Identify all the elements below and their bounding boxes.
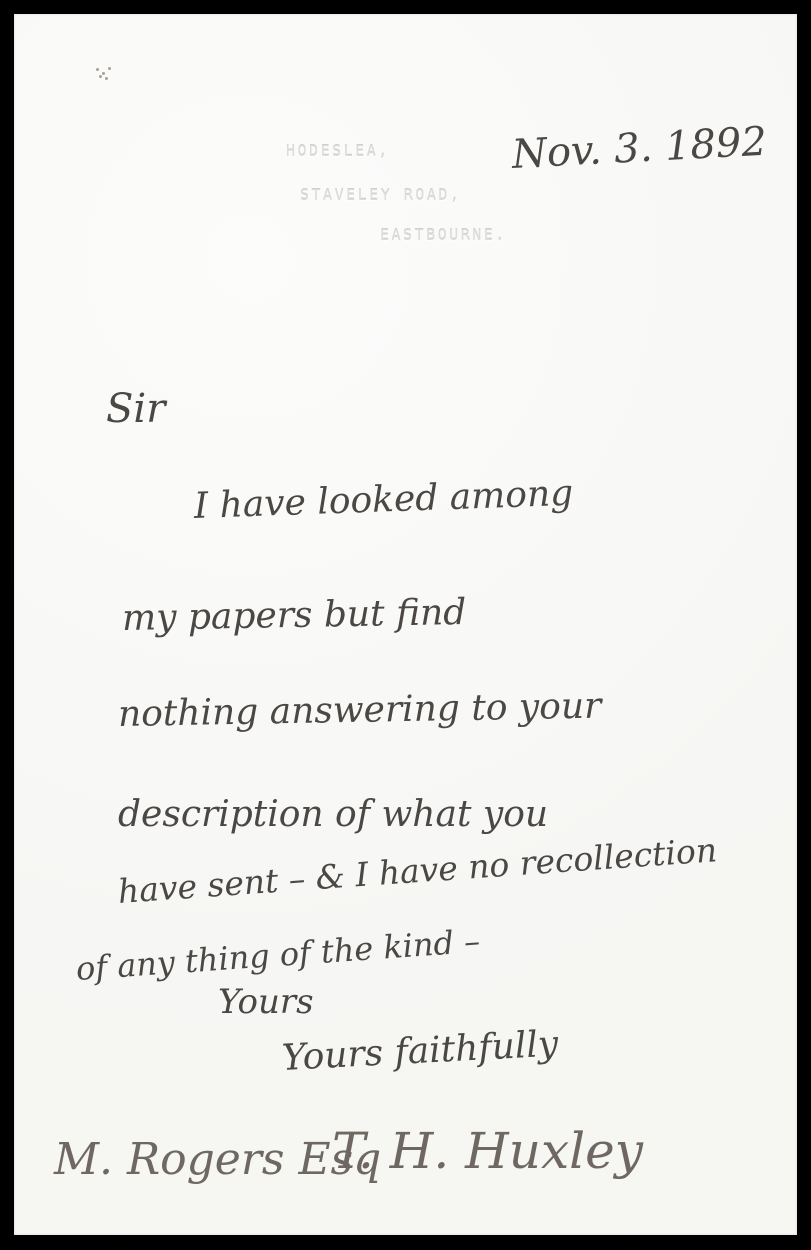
salutation: Sir	[106, 386, 165, 432]
signature: T. H. Huxley	[332, 1122, 643, 1180]
body-line: description of what you	[118, 794, 548, 835]
closing-line: Yours	[218, 982, 314, 1022]
body-line: nothing answering to your	[118, 686, 602, 735]
letterhead-line-3: EASTBOURNE.	[380, 226, 507, 244]
letterhead-line-1: HODESLEA,	[286, 142, 390, 160]
letter-date: Nov. 3. 1892	[511, 119, 768, 178]
paper-blemish	[94, 64, 114, 84]
body-line: my papers but find	[122, 592, 467, 639]
body-line: of any thing of the kind –	[75, 922, 482, 988]
closing-line: Yours faithfully	[281, 1024, 559, 1079]
letterhead-line-2: STAVELEY ROAD,	[300, 186, 461, 204]
letter-paper: HODESLEA, STAVELEY ROAD, EASTBOURNE. Nov…	[14, 14, 797, 1235]
body-line: I have looked among	[193, 473, 574, 527]
body-line: have sent – & I have no recollection	[117, 830, 719, 911]
